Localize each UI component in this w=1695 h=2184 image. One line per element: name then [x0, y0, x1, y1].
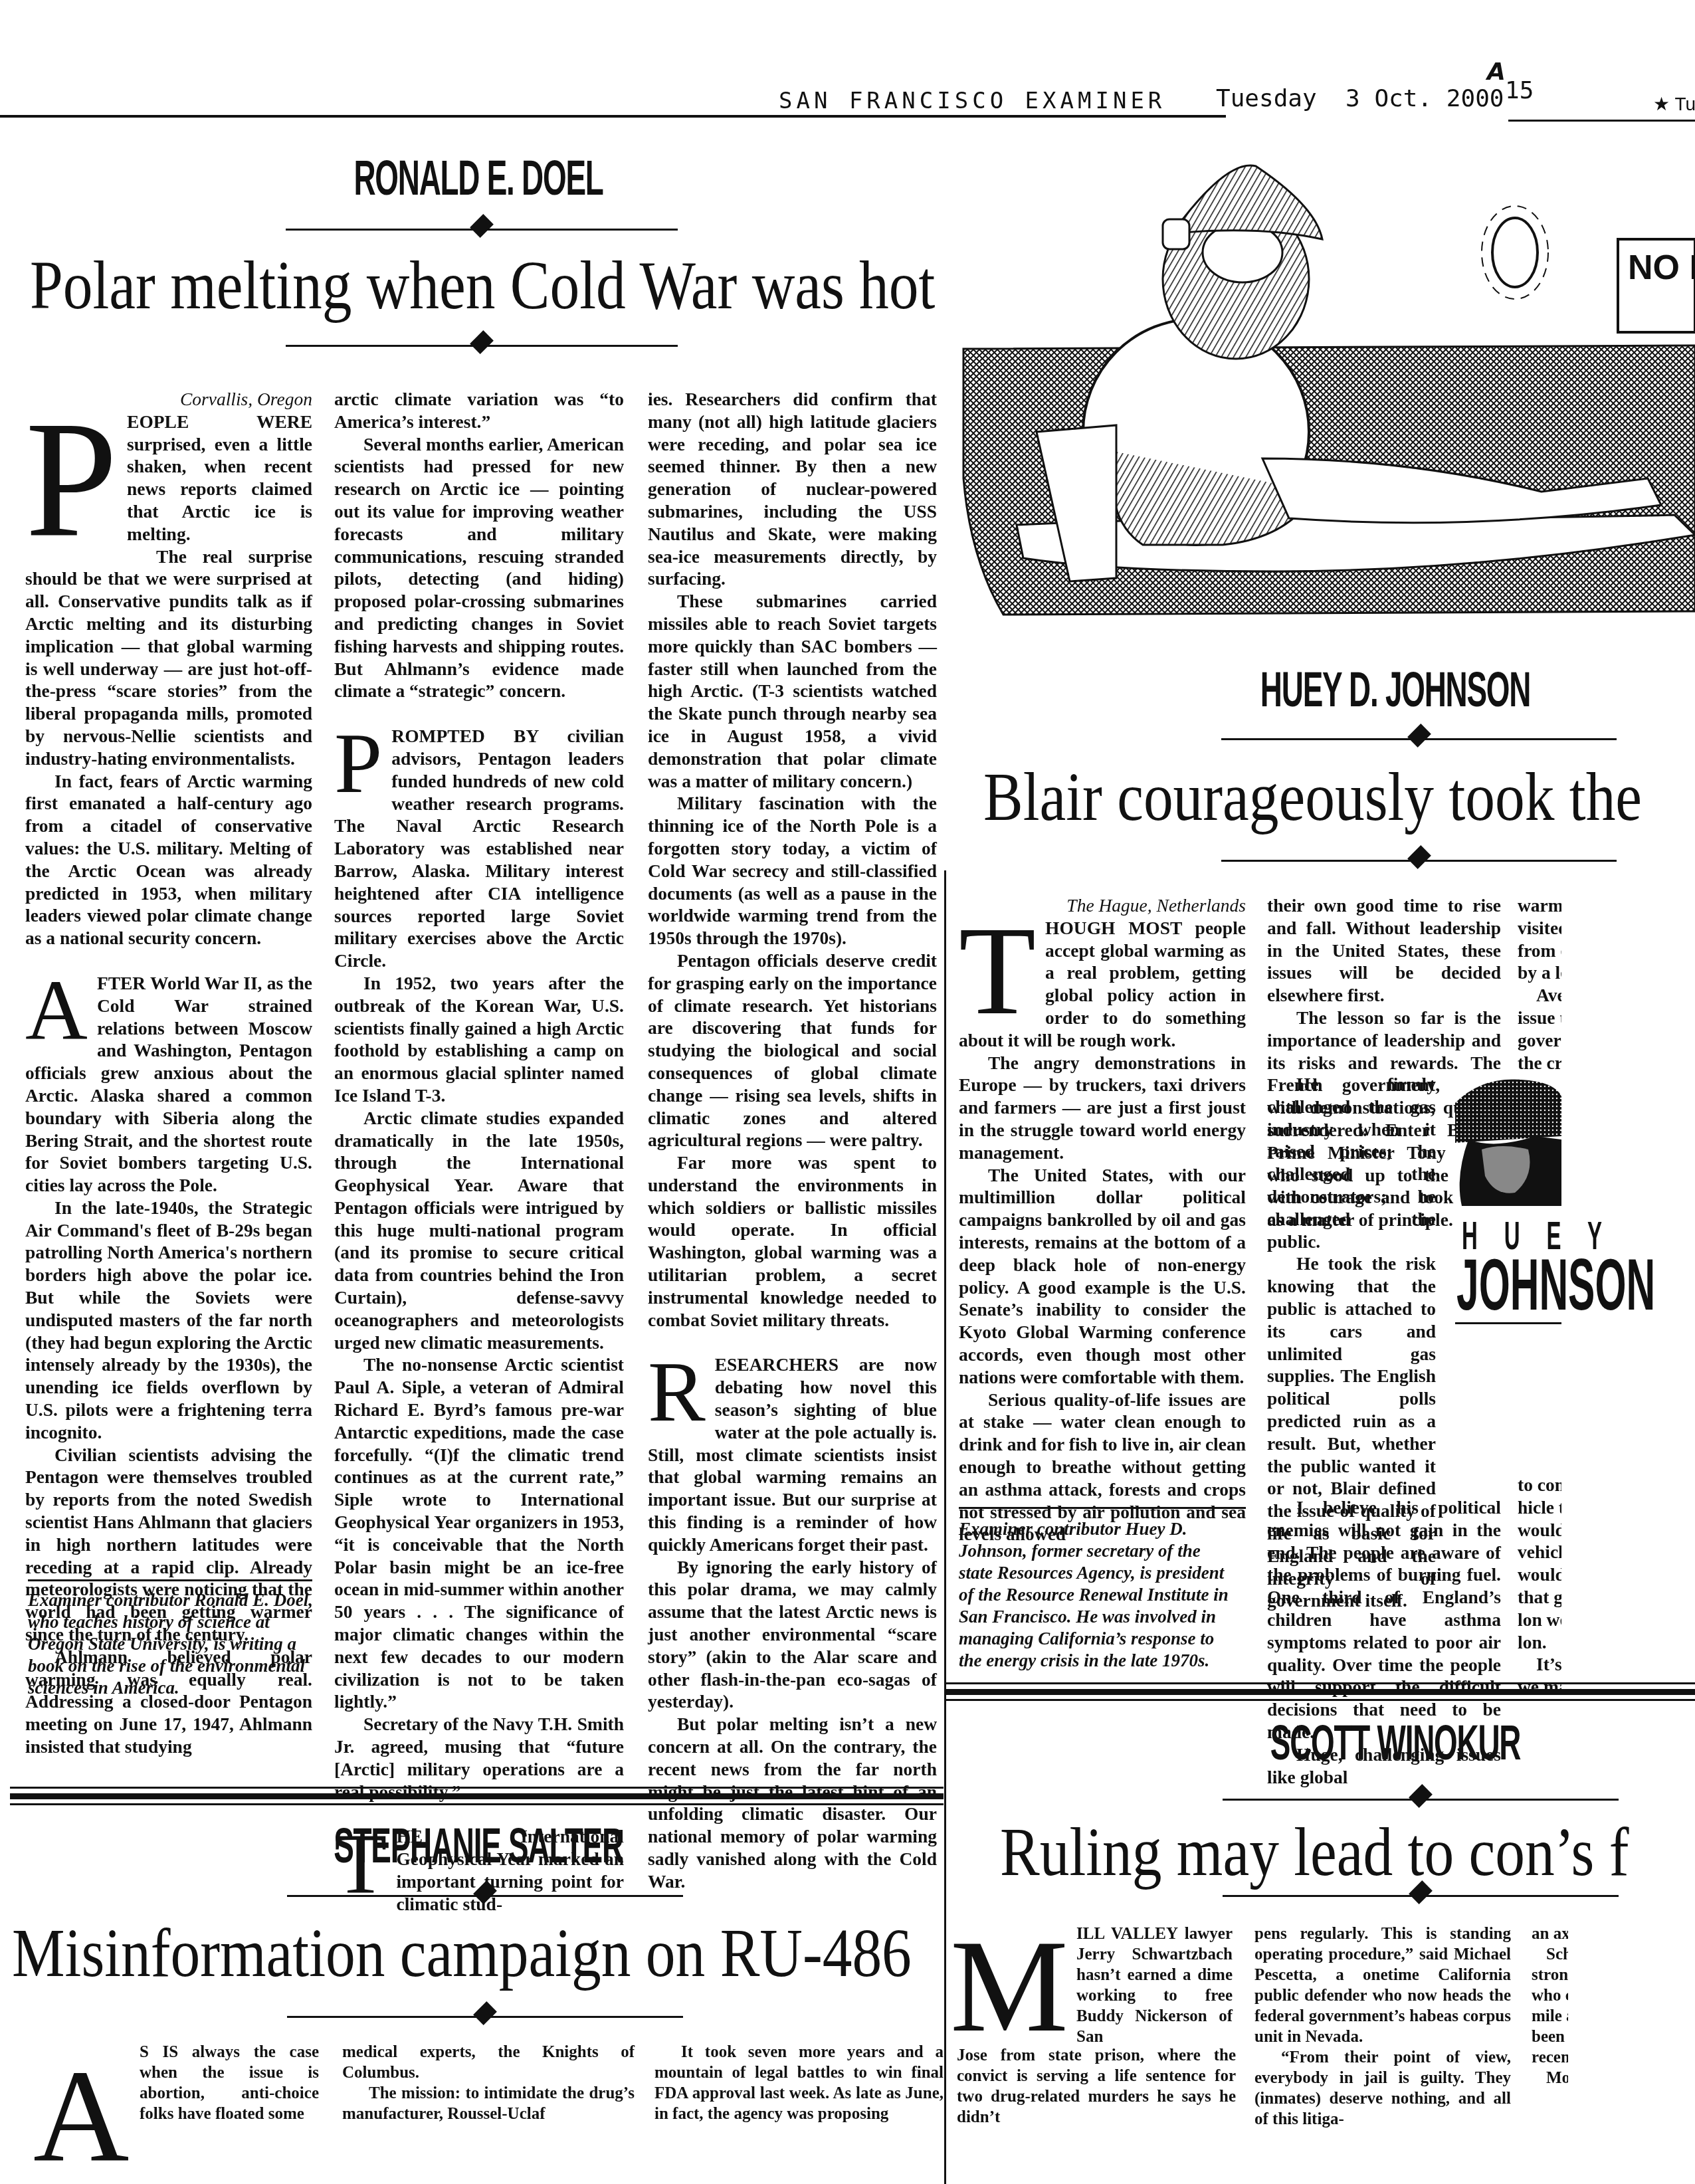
byline-doel: RONALD E. DOEL	[322, 149, 635, 206]
paragraph: In fact, fears of Arctic warming first e…	[25, 770, 312, 949]
drop-cap: R	[648, 1357, 706, 1427]
fragment: issue tc	[1518, 1007, 1561, 1029]
paragraph: S IS always the case when the issue is a…	[140, 2042, 319, 2124]
paragraph: These submarines carried missiles able t…	[648, 590, 937, 792]
fragment: the cre	[1518, 1052, 1561, 1074]
column-divider	[944, 870, 946, 2184]
drop-cap: A	[33, 2050, 129, 2183]
winokur-column-3-fragments: an ax t Sch strong who cl mile av been r…	[1532, 1924, 1568, 2088]
paragraph: The United States, with our multimillion…	[959, 1164, 1246, 1389]
paragraph: “From their point of view, everybody in …	[1254, 2047, 1511, 2130]
fragment: recenti	[1532, 2047, 1568, 2068]
fragment: would	[1518, 1519, 1561, 1541]
paragraph: medical experts, the Knights of Columbus…	[342, 2042, 635, 2083]
byline-winokur: SCOTT WINOKUR	[1239, 1714, 1551, 1771]
ornament-divider	[1221, 726, 1617, 752]
sun-icon	[1482, 206, 1548, 299]
tagline-rule	[28, 1579, 312, 1581]
fragment: lon.	[1518, 1631, 1561, 1654]
section-rule-thin	[945, 1682, 1695, 1684]
paragraph: Several months earlier, American scienti…	[334, 433, 624, 703]
paragraph: He firmly challenged the gas industry wh…	[1267, 1073, 1436, 1252]
byline-johnson: HUEY D. JOHNSON	[1231, 661, 1560, 718]
section-rule-thin	[10, 1803, 944, 1805]
headline-winokur: Ruling may lead to con’s f	[1000, 1813, 1629, 1892]
ornament-divider	[287, 1882, 683, 1909]
paragraph: Military fascination with the thinning i…	[648, 792, 937, 949]
paragraph: Arctic climate studies expanded dramatic…	[334, 1107, 624, 1354]
fragment: would j	[1518, 1563, 1561, 1586]
page-number: 15	[1505, 77, 1534, 104]
byline-salter: STEPHANIE SALTER	[314, 1817, 643, 1874]
header-rule-right	[1508, 120, 1695, 122]
author-tagline-johnson: Examiner contributor Huey D. Johnson, fo…	[959, 1518, 1238, 1672]
salter-column-2: medical experts, the Knights of Columbus…	[342, 2042, 635, 2124]
fragment: been r	[1532, 2027, 1568, 2047]
section-rule-thin	[10, 1787, 944, 1789]
portrait-label-last: JOHNSON	[1456, 1242, 1655, 1327]
headline-salter: Misinformation campaign on RU-486	[12, 1914, 912, 1993]
issue-date: Tuesday 3 Oct. 2000	[1216, 85, 1504, 112]
fragment: governi	[1518, 1029, 1561, 1052]
paragraph: their own good time to rise and fall. Wi…	[1267, 894, 1501, 1007]
paragraph: pens regularly. This is standing operati…	[1254, 1924, 1511, 2047]
sign: NO P	[1618, 239, 1695, 332]
salter-column-3: It took seven more years and a mountain …	[654, 2042, 944, 2124]
headline-doel: Polar melting when Cold War was hot	[30, 246, 935, 325]
publication-name: SAN FRANCISCO EXAMINER	[779, 88, 1165, 114]
ornament-divider	[286, 332, 678, 359]
paragraph: arctic climate variation was “to America…	[334, 388, 624, 433]
paragraph: I believe his political enemies will not…	[1267, 1496, 1501, 1743]
fragment: who cl	[1532, 1985, 1568, 2006]
salter-column-1: S IS always the case when the issue is a…	[140, 2042, 319, 2124]
johnson-column-3-fragments-lower: to cons hicle tl would vehicle would j t…	[1518, 1474, 1561, 1698]
page-edge-mask	[1568, 884, 1695, 1083]
fragment: It’s	[1518, 1653, 1561, 1676]
paragraph: Far more was spent to understand the env…	[648, 1151, 937, 1331]
paragraph: The no-nonsense Arctic scientist Paul A.…	[334, 1353, 624, 1713]
fragment: Sch	[1532, 1944, 1568, 1965]
ornament-divider	[1223, 1786, 1619, 1813]
ornament-divider	[287, 2003, 683, 2030]
section-rule-thick	[945, 1689, 1695, 1695]
fragment: from o	[1518, 940, 1561, 962]
paragraph: The mission: to intimidate the drug’s ma…	[342, 2083, 635, 2124]
page-section-mark: A	[1487, 58, 1506, 86]
tagline-rule	[959, 1507, 1246, 1509]
winokur-column-1-rest: Jose from state prison, where the convic…	[957, 2045, 1236, 2128]
drop-cap: T	[959, 921, 1036, 1022]
fragment: Mo	[1532, 2068, 1568, 2088]
edge-label: ★ Tue	[1653, 93, 1695, 115]
fragment: an ax t	[1532, 1924, 1568, 1944]
fragment: Aver	[1518, 984, 1561, 1007]
ornament-divider	[1221, 847, 1617, 874]
winokur-column-1-lead: ILL VALLEY lawyer Jerry Schwartzbach has…	[1076, 1924, 1233, 2047]
fragment: to cons	[1518, 1474, 1561, 1496]
fragment: by a lea	[1518, 961, 1561, 984]
paragraph: It took seven more years and a mountain …	[654, 2042, 944, 2124]
fragment: warmir	[1518, 894, 1561, 917]
portrait-rule	[1455, 1322, 1561, 1324]
paragraph: Secretary of the Navy T.H. Smith Jr. agr…	[334, 1713, 624, 1803]
johnson-column-1: The Hague, Netherlands T HOUGH MOST peop…	[959, 894, 1246, 1545]
section-rule-thick	[10, 1793, 944, 1799]
paragraph: In the late-1940s, the Strategic Air Com…	[25, 1197, 312, 1444]
fragment: vehicle	[1518, 1541, 1561, 1563]
paragraph: The real surprise should be that we were…	[25, 546, 312, 770]
drop-cap: P	[334, 729, 382, 798]
fragment: strong	[1532, 1965, 1568, 1985]
fragment: lon wo	[1518, 1609, 1561, 1631]
ornament-divider	[1223, 1882, 1619, 1909]
section-rule-thin	[945, 1699, 1695, 1701]
paragraph: Pentagon officials deserve credit for gr…	[648, 949, 937, 1151]
sign-text: NO P	[1628, 248, 1695, 287]
headline-johnson: Blair courageously took the	[983, 757, 1642, 837]
ornament-divider	[286, 216, 678, 243]
paragraph: In 1952, two years after the outbreak of…	[334, 972, 624, 1107]
paragraph: Jose from state prison, where the convic…	[957, 2045, 1236, 2128]
fragment: hicle tl	[1518, 1496, 1561, 1519]
fragment: that ge	[1518, 1586, 1561, 1609]
doel-column-1: Corvallis, Oregon P EOPLE WERE surprised…	[25, 388, 312, 1758]
paragraph: ies. Researchers did confirm that many (…	[648, 388, 937, 590]
drop-cap: M	[950, 1920, 1068, 2053]
doel-column-3: ies. Researchers did confirm that many (…	[648, 388, 937, 1893]
paragraph: The angry demonstrations in Europe — by …	[959, 1052, 1246, 1164]
paragraph: ILL VALLEY lawyer Jerry Schwartzbach has…	[1076, 1924, 1233, 2047]
drop-cap: P	[25, 413, 118, 546]
author-tagline-doel: Examiner contributor Ronald E. Doel, who…	[28, 1589, 314, 1699]
drop-cap: A	[25, 976, 88, 1045]
fragment: mile av	[1532, 2006, 1568, 2027]
header-rule-left	[0, 115, 1226, 118]
santa-cartoon-illustration: NO P	[944, 146, 1695, 651]
doel-column-2: arctic climate variation was “to America…	[334, 388, 624, 1916]
paragraph: By ignoring the early history of this po…	[648, 1556, 937, 1714]
winokur-column-2: pens regularly. This is standing operati…	[1254, 1924, 1511, 2130]
fragment: visited.	[1518, 917, 1561, 940]
author-portrait-johnson	[1455, 1076, 1561, 1206]
